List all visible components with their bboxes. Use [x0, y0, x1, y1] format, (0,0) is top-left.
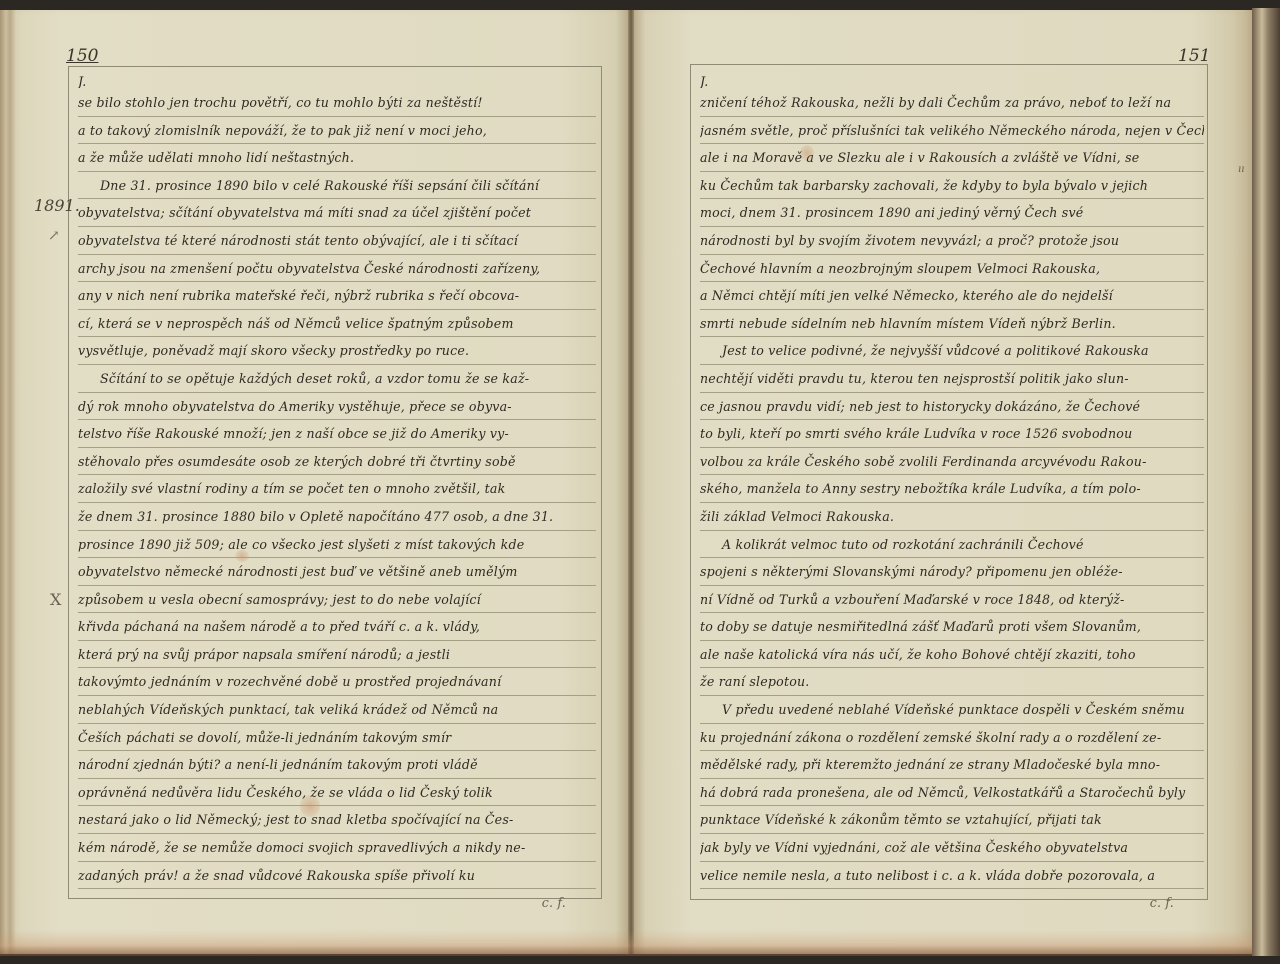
text-line: ce jasnou pravdu vidí; neb jest to histo… — [700, 393, 1204, 421]
text-line: to byli, kteří po smrti svého krále Ludv… — [700, 420, 1204, 448]
text-line: a to takový zlomislník nepováží, že to p… — [78, 117, 596, 145]
text-line: moci, dnem 31. prosincem 1890 ani jediný… — [700, 199, 1204, 227]
bottom-edge-stain — [0, 930, 1252, 956]
text-line: vysvětluje, poněvadž mají skoro všecky p… — [78, 337, 596, 365]
text-line: že dnem 31. prosince 1880 bilo v Opletě … — [78, 503, 596, 531]
text-line: zadaných práv! a že snad vůdcové Rakousk… — [78, 862, 596, 890]
text-line: že raní slepotou. — [700, 668, 1204, 696]
text-line: založily své vlastní rodiny a tím se poč… — [78, 475, 596, 503]
text-line: neblahých Vídeňských punktací, tak velik… — [78, 696, 596, 724]
text-line: a že může udělati mnoho lidí neštastných… — [78, 144, 596, 172]
continuation-mark: J. — [700, 75, 1204, 89]
margin-arrow-note: ↗ — [48, 228, 60, 244]
text-line: křivda páchaná na našem národě a to před… — [78, 613, 596, 641]
signature-mark: c. f. — [700, 889, 1204, 917]
left-page-text: J. se bilo stohlo jen trochu povětří, co… — [78, 75, 596, 917]
text-line: a Němci chtějí míti jen velké Německo, k… — [700, 282, 1204, 310]
right-page-text: J. zničení téhož Rakouska, nežli by dali… — [700, 75, 1204, 917]
margin-tick-note: ıı — [1238, 164, 1244, 175]
text-line: volbou za krále Českého sobě zvolili Fer… — [700, 448, 1204, 476]
continuation-mark: J. — [78, 75, 596, 89]
text-line: Dne 31. prosince 1890 bilo v celé Rakous… — [78, 172, 596, 200]
text-line: prosince 1890 již 509; ale co všecko jes… — [78, 531, 596, 559]
text-line: nestará jako o lid Německý; jest to snad… — [78, 806, 596, 834]
signature-mark: c. f. — [78, 889, 596, 917]
text-line: ku projednání zákona o rozdělení zemské … — [700, 724, 1204, 752]
text-line: telstvo říše Rakouské množí; jen z naší … — [78, 420, 596, 448]
text-line: ského, manžela to Anny sestry nebožtíka … — [700, 475, 1204, 503]
text-line: která prý na svůj prápor napsala smíření… — [78, 641, 596, 669]
text-line: V předu uvedené neblahé Vídeňské punktac… — [700, 696, 1204, 724]
text-line: Sčítání to se opětuje každých deset roků… — [78, 365, 596, 393]
text-line: dý rok mnoho obyvatelstva do Ameriky vys… — [78, 393, 596, 421]
page-number-left: 150 — [66, 46, 98, 66]
text-line: ku Čechům tak barbarsky zachovali, že kd… — [700, 172, 1204, 200]
text-line: mědělské rady, při kteremžto jednání ze … — [700, 751, 1204, 779]
text-line: any v nich není rubrika mateřské řeči, n… — [78, 282, 596, 310]
text-line: zničení téhož Rakouska, nežli by dali Če… — [700, 89, 1204, 117]
text-line: se bilo stohlo jen trochu povětří, co tu… — [78, 89, 596, 117]
text-line: spojeni s některými Slovanskými národy? … — [700, 558, 1204, 586]
text-line: to doby se datuje nesmiřitedlná zášť Maď… — [700, 613, 1204, 641]
book-spread: 150 1891. ↗ X J. se bilo stohlo jen troc… — [0, 0, 1280, 964]
text-line: obyvatelstva; sčítání obyvatelstva má mí… — [78, 199, 596, 227]
text-line: obyvatelstvo německé národnosti jest buď… — [78, 558, 596, 586]
text-line: ale i na Moravě a ve Slezku ale i v Rako… — [700, 144, 1204, 172]
left-page-edge — [0, 10, 16, 954]
text-line: ale naše katolická víra nás učí, že koho… — [700, 641, 1204, 669]
text-line: národnosti byl by svojím životem nevyváz… — [700, 227, 1204, 255]
text-line: jasném světle, proč příslušníci tak veli… — [700, 117, 1204, 145]
text-line: velice nemile nesla, a tuto nelibost i c… — [700, 862, 1204, 890]
text-line: způsobem u vesla obecní samosprávy; jest… — [78, 586, 596, 614]
text-line: smrti nebude sídelním neb hlavním místem… — [700, 310, 1204, 338]
text-line: cí, která se v neprospěch náš od Němců v… — [78, 310, 596, 338]
text-line: A kolikrát velmoc tuto od rozkotání zach… — [700, 531, 1204, 559]
text-line: kém národě, že se nemůže domoci svojich … — [78, 834, 596, 862]
text-line: archy jsou na zmenšení počtu obyvatelstv… — [78, 255, 596, 283]
text-line: Češích páchati se dovolí, může-li jednán… — [78, 724, 596, 752]
text-line: ní Vídně od Turků a vzbouření Maďarské v… — [700, 586, 1204, 614]
text-line: Čechové hlavním a neozbrojným sloupem Ve… — [700, 255, 1204, 283]
margin-year-note: 1891. — [34, 196, 80, 215]
page-number-right: 151 — [1178, 46, 1210, 66]
text-line: jak byly ve Vídni vyjednáni, což ale vět… — [700, 834, 1204, 862]
text-line: há dobrá rada pronešena, ale od Němců, V… — [700, 779, 1204, 807]
book-gutter — [628, 10, 634, 954]
text-line: obyvatelstva té které národnosti stát te… — [78, 227, 596, 255]
text-line: oprávněná nedůvěra lidu Českého, že se v… — [78, 779, 596, 807]
text-line: punktace Vídeňské k zákonům těmto se vzt… — [700, 806, 1204, 834]
margin-x-mark: X — [50, 590, 61, 609]
text-line: národní zjednán býti? a není-li jednáním… — [78, 751, 596, 779]
text-line: žili základ Velmoci Rakouska. — [700, 503, 1204, 531]
text-line: Jest to velice podivné, že nejvyšší vůdc… — [700, 337, 1204, 365]
right-page-edge — [1252, 8, 1280, 956]
text-line: takovýmto jednáním v rozechvěné době u p… — [78, 668, 596, 696]
text-line: nechtějí viděti pravdu tu, kterou ten ne… — [700, 365, 1204, 393]
text-line: stěhovalo přes osumdesáte osob ze kterýc… — [78, 448, 596, 476]
